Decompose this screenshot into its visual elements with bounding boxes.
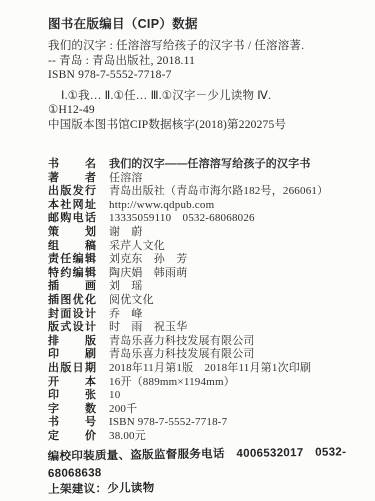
colophon-rows: 书名 我们的汉字——任溶溶写给孩子的汉字书 著者 任溶溶 出版发行 青岛出版社（… <box>48 155 359 440</box>
colophon-row: 字数 200千 <box>48 400 359 414</box>
colophon-row: 书名 我们的汉字——任溶溶写给孩子的汉字书 <box>48 155 359 169</box>
colophon-row: 插图优化 阅优文化 <box>48 291 359 305</box>
colophon-row: 邮购电话 13335059110 0532-68068026 <box>48 209 359 223</box>
cip-class-code: ①H12-49 <box>48 103 359 118</box>
footer: 编校印装质量、盗版监督服务电话 4006532017 0532-68068638… <box>48 445 360 499</box>
copyright-page: 图书在版编目（CIP）数据 我们的汉字 : 任溶溶写给孩子的汉字书 / 任溶溶著… <box>0 0 375 501</box>
colophon-row-label: 定价 <box>48 427 96 443</box>
colophon-row-value: 青岛出版社（青岛市海尔路182号，266061） <box>109 182 328 198</box>
cip-title-statement: 我们的汉字 : 任溶溶写给孩子的汉字书 / 任溶溶著. <box>48 39 359 54</box>
quality-hotline-line: 编校印装质量、盗版监督服务电话 4006532017 0532-68068638 <box>48 445 359 483</box>
shelf-suggestion-line: 上架建议：少儿读物 <box>48 478 359 499</box>
colophon-row: 版式设计 时 雨 祝玉华 <box>48 318 359 332</box>
colophon-row: 印刷 青岛乐喜力科技发展有限公司 <box>48 345 359 359</box>
cip-heading: 图书在版编目（CIP）数据 <box>48 14 359 32</box>
colophon-row: 出版发行 青岛出版社（青岛市海尔路182号，266061） <box>48 182 359 196</box>
colophon-row-value: 38.00元 <box>109 427 146 443</box>
colophon-row: 书号 ISBN 978-7-5552-7718-7 <box>48 413 359 427</box>
colophon-row-value: 200千 <box>109 400 137 416</box>
colophon-row: 排版 青岛乐喜力科技发展有限公司 <box>48 332 359 346</box>
colophon-row: 插画 刘 瑶 <box>48 277 359 291</box>
colophon-row: 组稿 采芹人文化 <box>48 237 359 251</box>
cip-classification: Ⅰ.①我… Ⅱ.①任… Ⅲ.①汉字－少儿读物 Ⅳ. ①H12-49 中国版本图书… <box>48 89 359 133</box>
colophon-row-value: 16开（889mm×1194mm） <box>109 373 235 389</box>
colophon-row: 封面设计 乔 峰 <box>48 305 359 319</box>
cip-class-line: Ⅰ.①我… Ⅱ.①任… Ⅲ.①汉字－少儿读物 Ⅳ. <box>48 89 359 104</box>
colophon-row: 开本 16开（889mm×1194mm） <box>48 373 359 387</box>
colophon-row: 责任编辑 刘克东 孙 芳 <box>48 250 359 264</box>
cip-publisher-statement: -- 青岛 : 青岛出版社, 2018.11 <box>48 54 359 69</box>
colophon-row: 出版日期 2018年11月第1版 2018年11月第1次印刷 <box>48 359 359 373</box>
cip-record-number: 中国版本图书馆CIP数据核字(2018)第220275号 <box>48 118 359 133</box>
cip-isbn: ISBN 978-7-5552-7718-7 <box>48 68 359 83</box>
colophon-row: 特约编辑 陶庆娟 韩雨萌 <box>48 264 359 278</box>
colophon-row: 定价 38.00元 <box>48 427 359 441</box>
cip-body: 我们的汉字 : 任溶溶写给孩子的汉字书 / 任溶溶著. -- 青岛 : 青岛出版… <box>48 39 359 83</box>
